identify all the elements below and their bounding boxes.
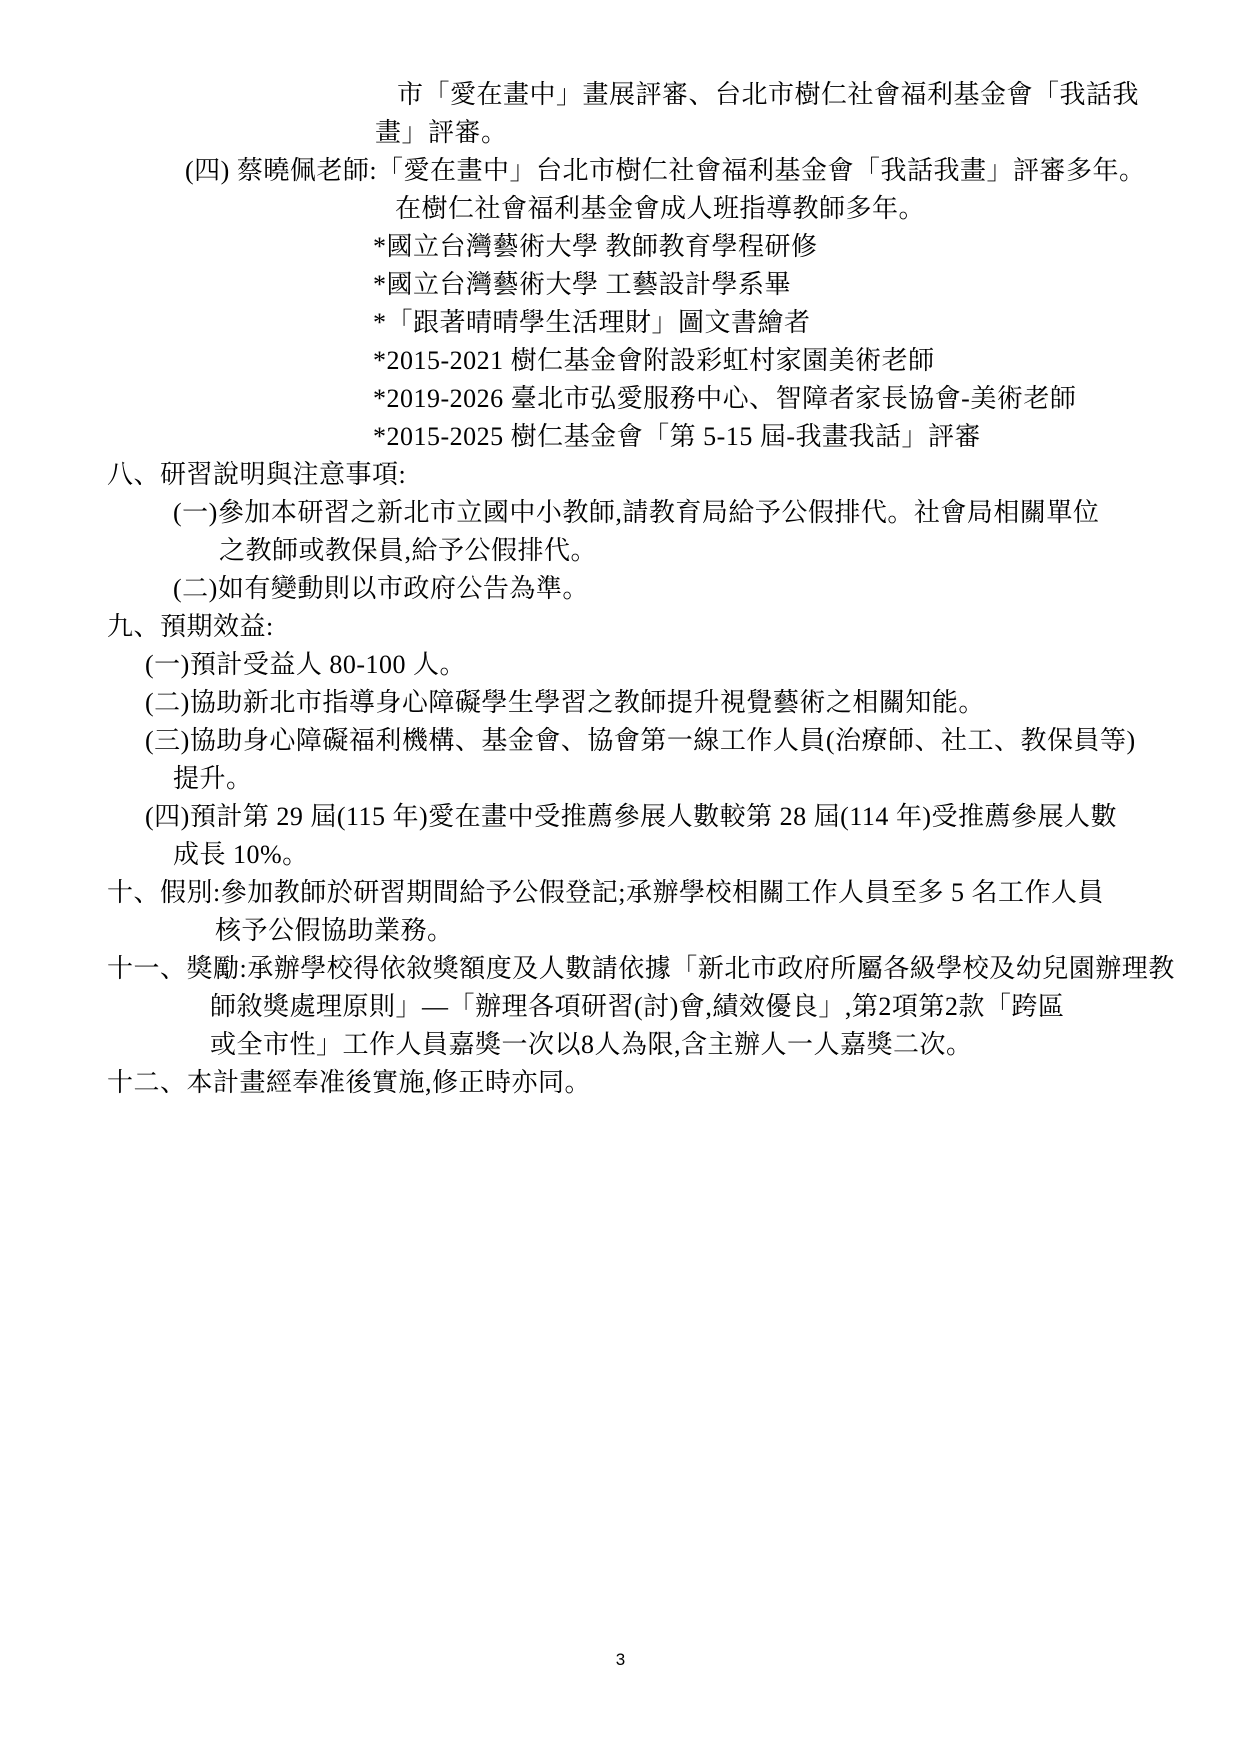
list-item-4-teacher-cai: (四) 蔡曉佩老師:「愛在畫中」台北市樹仁社會福利基金會「我話我畫」評審多年。 (107, 152, 1241, 190)
document-body: 市「愛在畫中」畫展評審、台北市樹仁社會福利基金會「我話我 畫」評審。 (四) 蔡… (0, 76, 1241, 1102)
para-continuation-line: 在樹仁社會福利基金會成人班指導教師多年。 (107, 190, 1241, 228)
credential-line: *「跟著晴晴學生活理財」圖文書繪者 (107, 304, 1241, 342)
para-continuation-line: 師敘獎處理原則」—「辦理各項研習(討)會,績效優良」,第2項第2款「跨區 (107, 988, 1241, 1026)
section-9-item-3: (三)協助身心障礙福利機構、基金會、協會第一線工作人員(治療師、社工、教保員等) (107, 722, 1241, 760)
section-11-heading: 十一、獎勵:承辦學校得依敘獎額度及人數請依據「新北市政府所屬各級學校及幼兒園辦理… (107, 950, 1241, 988)
section-8-item-1: (一)參加本研習之新北市立國中小教師,請教育局給予公假排代。社會局相關單位 (107, 494, 1241, 532)
page-number: 3 (0, 1648, 1241, 1672)
section-9-item-4: (四)預計第 29 屆(115 年)愛在畫中受推薦參展人數較第 28 屆(114… (107, 798, 1241, 836)
para-continuation-line: 提升。 (107, 760, 1241, 798)
section-10-heading: 十、假別:參加教師於研習期間給予公假登記;承辦學校相關工作人員至多 5 名工作人… (107, 874, 1241, 912)
section-8-heading: 八、研習說明與注意事項: (107, 456, 1241, 494)
section-9-heading: 九、預期效益: (107, 608, 1241, 646)
credential-line: *國立台灣藝術大學 工藝設計學系畢 (107, 266, 1241, 304)
para-continuation-line: 市「愛在畫中」畫展評審、台北市樹仁社會福利基金會「我話我 (107, 76, 1241, 114)
para-continuation-line: 畫」評審。 (107, 114, 1241, 152)
section-9-item-2: (二)協助新北市指導身心障礙學生學習之教師提升視覺藝術之相關知能。 (107, 684, 1241, 722)
para-continuation-line: 核予公假協助業務。 (107, 912, 1241, 950)
credential-line: *國立台灣藝術大學 教師教育學程研修 (107, 228, 1241, 266)
credential-line: *2015-2021 樹仁基金會附設彩虹村家園美術老師 (107, 342, 1241, 380)
section-12-heading: 十二、本計畫經奉准後實施,修正時亦同。 (107, 1064, 1241, 1102)
credential-line: *2015-2025 樹仁基金會「第 5-15 屆-我畫我話」評審 (107, 418, 1241, 456)
section-9-item-1: (一)預計受益人 80-100 人。 (107, 646, 1241, 684)
para-continuation-line: 之教師或教保員,給予公假排代。 (107, 532, 1241, 570)
para-continuation-line: 或全市性」工作人員嘉獎一次以8人為限,含主辦人一人嘉獎二次。 (107, 1026, 1241, 1064)
document-page: { "document": { "lines": [ "市「愛在畫中」畫展評審、… (0, 0, 1241, 1755)
credential-line: *2019-2026 臺北市弘愛服務中心、智障者家長協會-美術老師 (107, 380, 1241, 418)
para-continuation-line: 成長 10%。 (107, 836, 1241, 874)
section-8-item-2: (二)如有變動則以市政府公告為準。 (107, 570, 1241, 608)
